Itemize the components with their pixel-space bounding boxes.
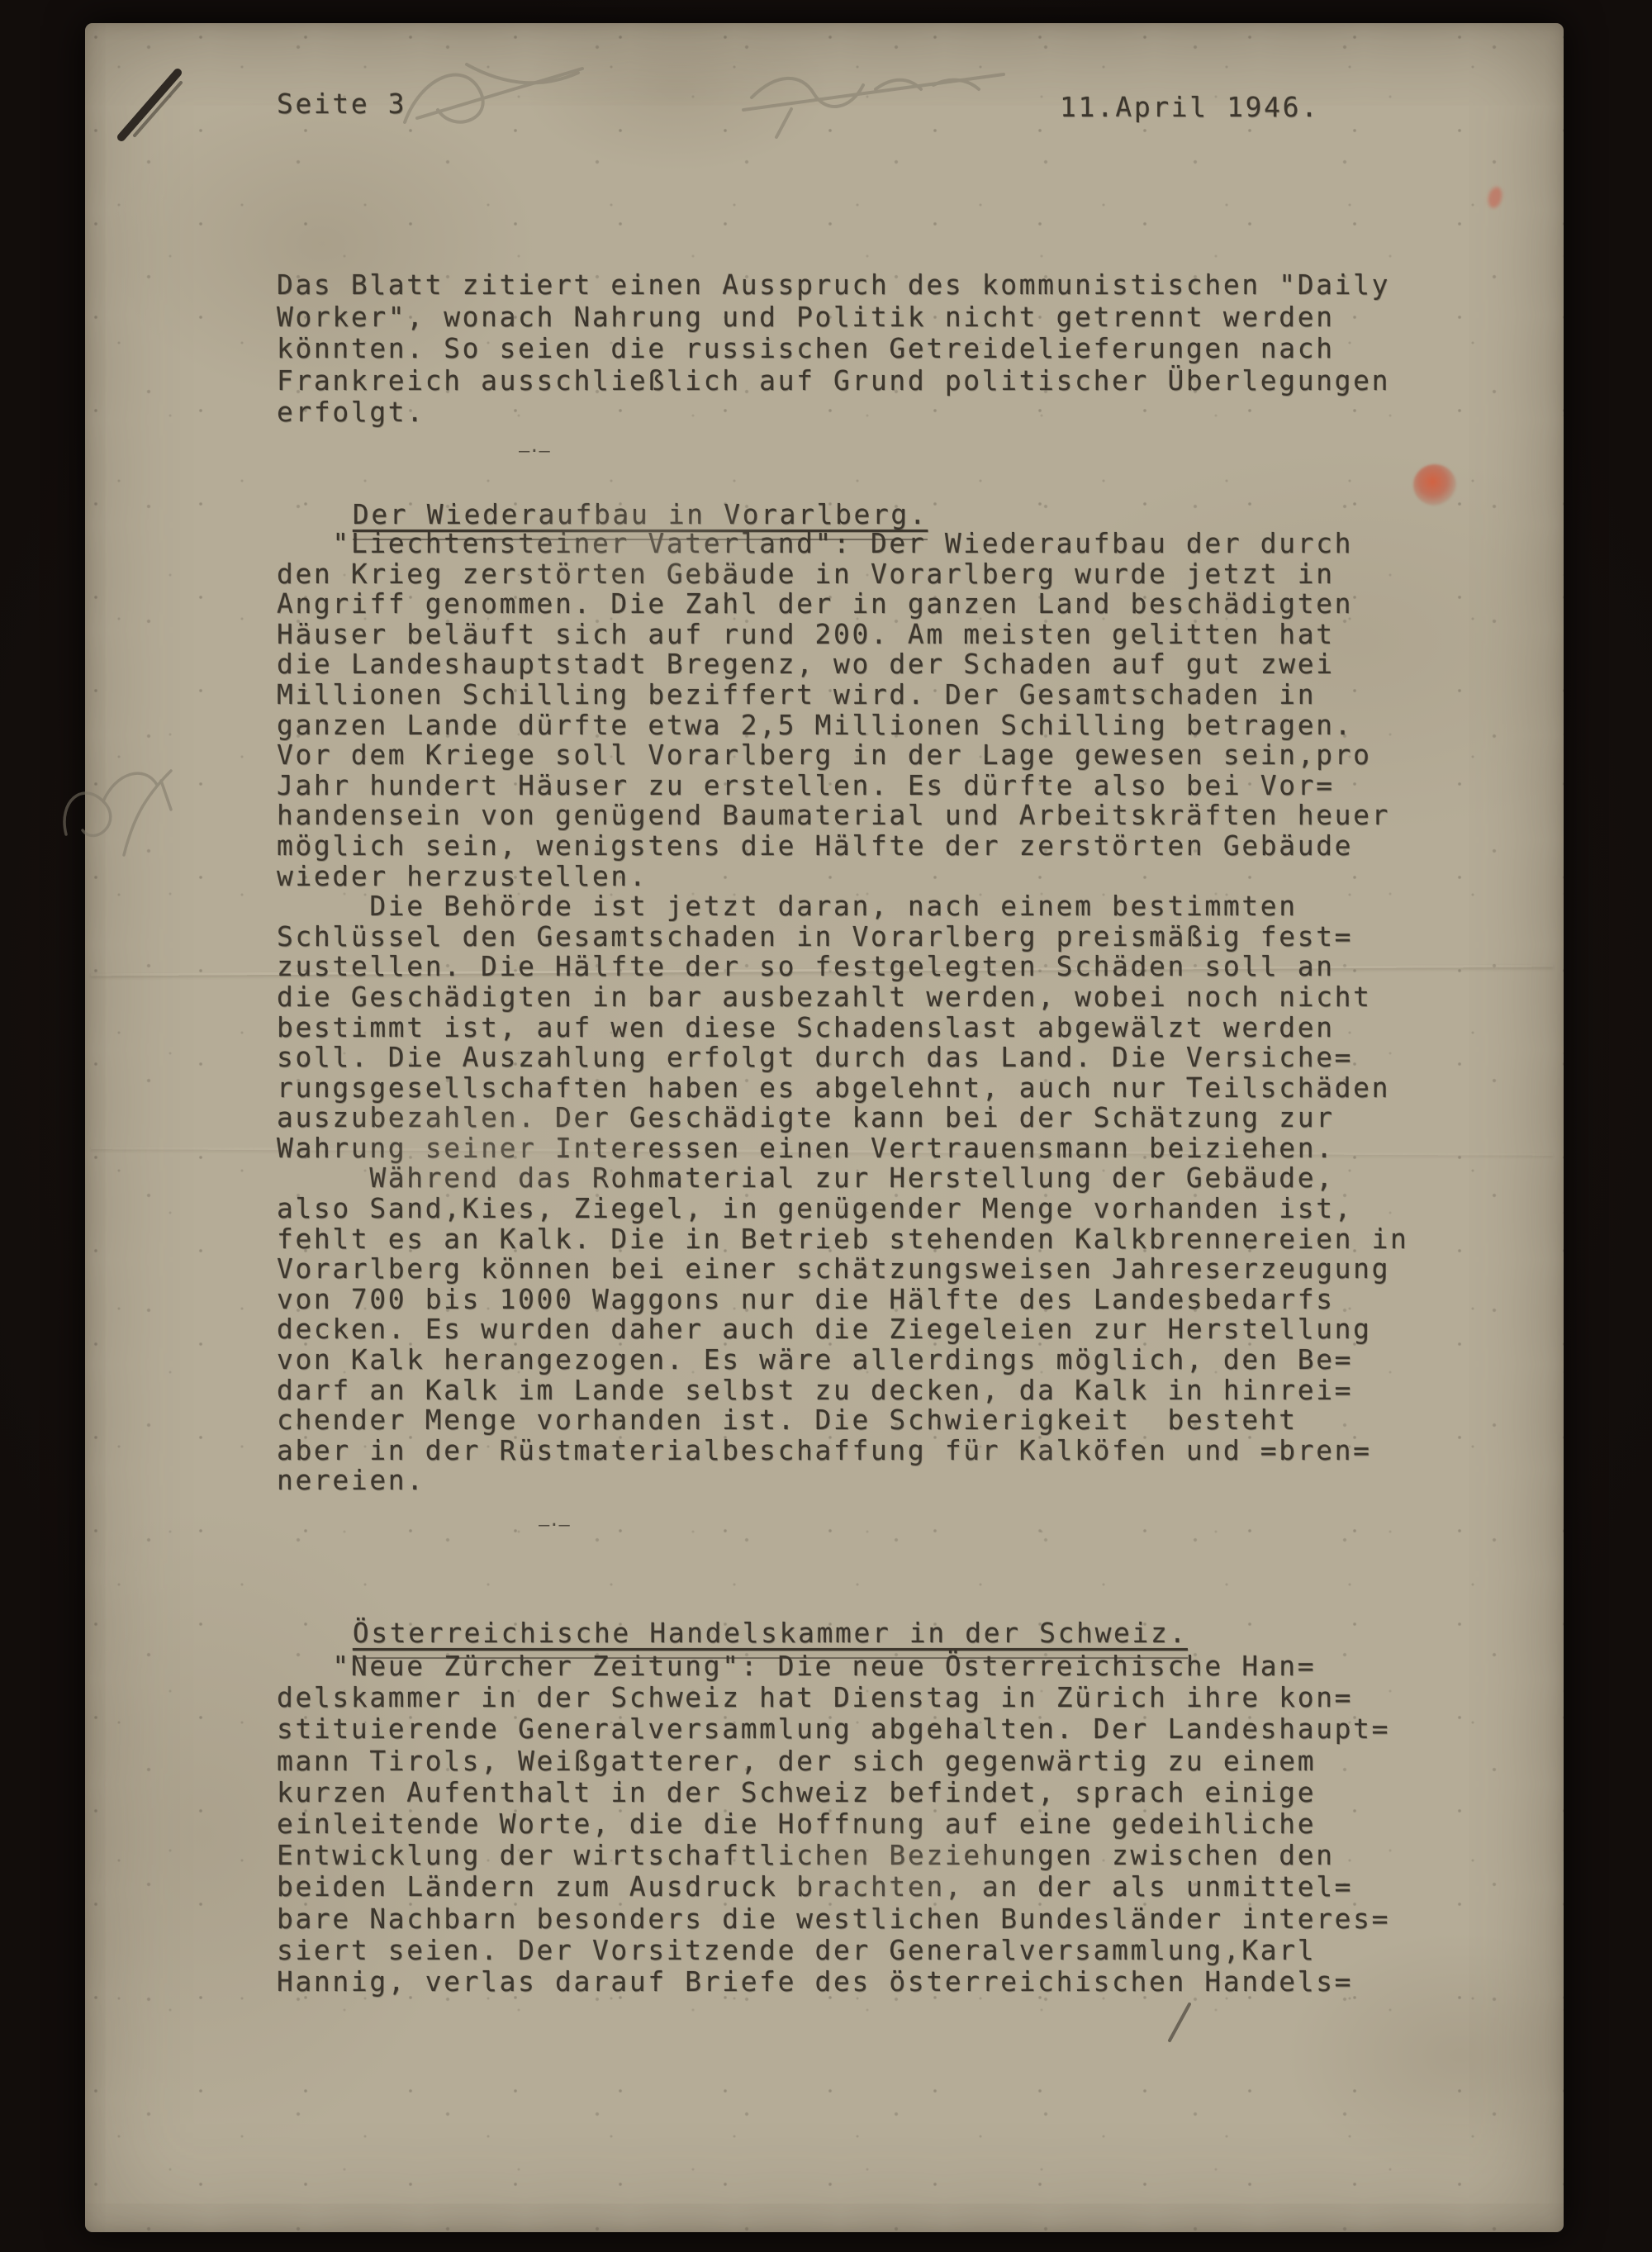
separator-dash: —·— (519, 441, 549, 462)
intro-paragraph: Das Blatt zitiert einen Ausspruch des ko… (277, 269, 1390, 429)
red-stamp-dot (1413, 464, 1456, 506)
pencil-annotation-top (388, 40, 1024, 147)
date-label: 11.April 1946. (1060, 91, 1320, 123)
section-1-paragraph-1: "Liechtensteiner Vaterland": Der Wiedera… (277, 529, 1409, 891)
section-1-paragraph-3: Während das Rohmaterial zur Herstellung … (277, 1163, 1409, 1496)
scanned-document-photo: Seite 3 11.April 1946. Das Blatt zitiert… (0, 0, 1652, 2252)
section-1-paragraph-2: Die Behörde ist jetzt daran, nach einem … (277, 891, 1409, 1163)
pencil-mark-margin (45, 723, 190, 867)
ink-mark-top-left (110, 64, 192, 143)
page-label: Seite 3 (277, 88, 406, 120)
ink-tick-bottom (1163, 1998, 1196, 2047)
separator-dash: —·— (539, 1515, 569, 1536)
section-1-body: "Liechtensteiner Vaterland": Der Wiedera… (277, 529, 1409, 1496)
section-2-paragraph-1: "Neue Zürcher Zeitung": Die neue Österre… (277, 1651, 1390, 1998)
